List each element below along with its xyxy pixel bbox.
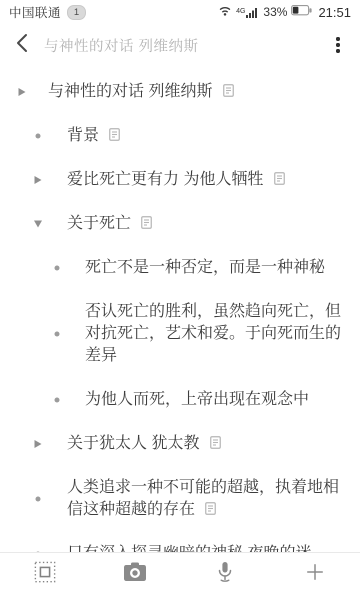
voice-input-button[interactable] — [180, 553, 270, 596]
toggle-expanded-icon[interactable] — [34, 221, 42, 228]
bullet-icon[interactable] — [55, 266, 60, 271]
outline-item[interactable]: 只有深入探寻幽暗的神秘 夜晚的迷 — [0, 532, 360, 552]
outline-item-text[interactable]: 背景 — [67, 127, 120, 144]
outline-item[interactable]: 爱比死亡更有力 为他人牺牲 — [0, 158, 360, 202]
multi-select-icon — [34, 561, 56, 588]
status-bar-left: 中国联通 1 — [9, 3, 86, 21]
outline-item-text[interactable]: 否认死亡的胜利，虽然趋向死亡，但对抗死亡，艺术和爱。于向死而生的差异 — [85, 303, 341, 364]
outline-item-text[interactable]: 人类追求一种不可能的超越，执着地相信这种超越的存在 — [67, 479, 339, 518]
outline-item[interactable]: 背景 — [0, 114, 360, 158]
bullet-icon[interactable] — [55, 398, 60, 403]
camera-button[interactable] — [90, 553, 180, 596]
signal-strength-icon: 4G — [236, 7, 259, 18]
camera-icon — [122, 561, 148, 588]
status-bar: 中国联通 1 4G 33% — [0, 0, 360, 24]
outline-item-text[interactable]: 只有深入探寻幽暗的神秘 夜晚的迷 — [67, 545, 311, 552]
microphone-icon — [215, 560, 235, 589]
outline-item[interactable]: 为他人而死，上帝出现在观念中 — [0, 378, 360, 422]
wifi-icon — [218, 5, 232, 19]
page-title: 与神性的对话 列维纳斯 — [44, 35, 316, 56]
outline-item[interactable]: 人类追求一种不可能的超越，执着地相信这种超越的存在 — [0, 466, 360, 532]
notification-badge: 1 — [67, 5, 86, 20]
note-icon[interactable] — [223, 84, 234, 97]
bullet-icon[interactable] — [36, 497, 41, 502]
screen: 中国联通 1 4G 33% — [0, 0, 360, 596]
note-icon[interactable] — [109, 128, 120, 141]
bullet-icon[interactable] — [36, 134, 41, 139]
outline-list: 与神性的对话 列维纳斯 背景 爱比死亡更有力 为他人牺牲 关于死亡 死亡不是一种 — [0, 66, 360, 552]
back-button[interactable] — [0, 24, 44, 66]
note-icon[interactable] — [205, 502, 216, 515]
toggle-collapsed-icon[interactable] — [35, 176, 42, 184]
chevron-left-icon — [16, 33, 28, 58]
outline-item-text[interactable]: 为他人而死，上帝出现在观念中 — [85, 391, 309, 408]
add-node-button[interactable] — [270, 553, 360, 596]
multi-select-button[interactable] — [0, 553, 90, 596]
clock: 21:51 — [318, 5, 351, 20]
status-bar-right: 4G 33% 21:51 — [218, 5, 351, 20]
outline-item[interactable]: 关于死亡 — [0, 202, 360, 246]
outline-item[interactable]: 与神性的对话 列维纳斯 — [0, 70, 360, 114]
toggle-collapsed-icon[interactable] — [19, 88, 26, 96]
battery-icon — [291, 5, 312, 19]
network-type-label: 4G — [236, 8, 245, 15]
carrier-label: 中国联通 — [9, 3, 61, 21]
plus-icon — [304, 561, 326, 588]
note-icon[interactable] — [274, 172, 285, 185]
outline-item-text[interactable]: 关于死亡 — [67, 215, 152, 232]
kebab-menu-icon — [336, 37, 339, 40]
outline-item-text[interactable]: 与神性的对话 列维纳斯 — [48, 83, 234, 100]
note-icon[interactable] — [210, 436, 221, 449]
outline-item-text[interactable]: 关于犹太人 犹太教 — [67, 435, 221, 452]
bullet-icon[interactable] — [55, 332, 60, 337]
bottom-toolbar — [0, 552, 360, 596]
outline-item[interactable]: 关于犹太人 犹太教 — [0, 422, 360, 466]
battery-percent-label: 33% — [263, 5, 287, 19]
outline-item[interactable]: 否认死亡的胜利，虽然趋向死亡，但对抗死亡，艺术和爱。于向死而生的差异 — [0, 290, 360, 378]
outline-item-text[interactable]: 爱比死亡更有力 为他人牺牲 — [67, 171, 285, 188]
outline-item[interactable]: 死亡不是一种否定，而是一种神秘 — [0, 246, 360, 290]
note-icon[interactable] — [141, 216, 152, 229]
outline-item-text[interactable]: 死亡不是一种否定，而是一种神秘 — [85, 259, 325, 276]
overflow-menu-button[interactable] — [316, 24, 360, 66]
toggle-collapsed-icon[interactable] — [35, 440, 42, 448]
header: 与神性的对话 列维纳斯 — [0, 24, 360, 66]
